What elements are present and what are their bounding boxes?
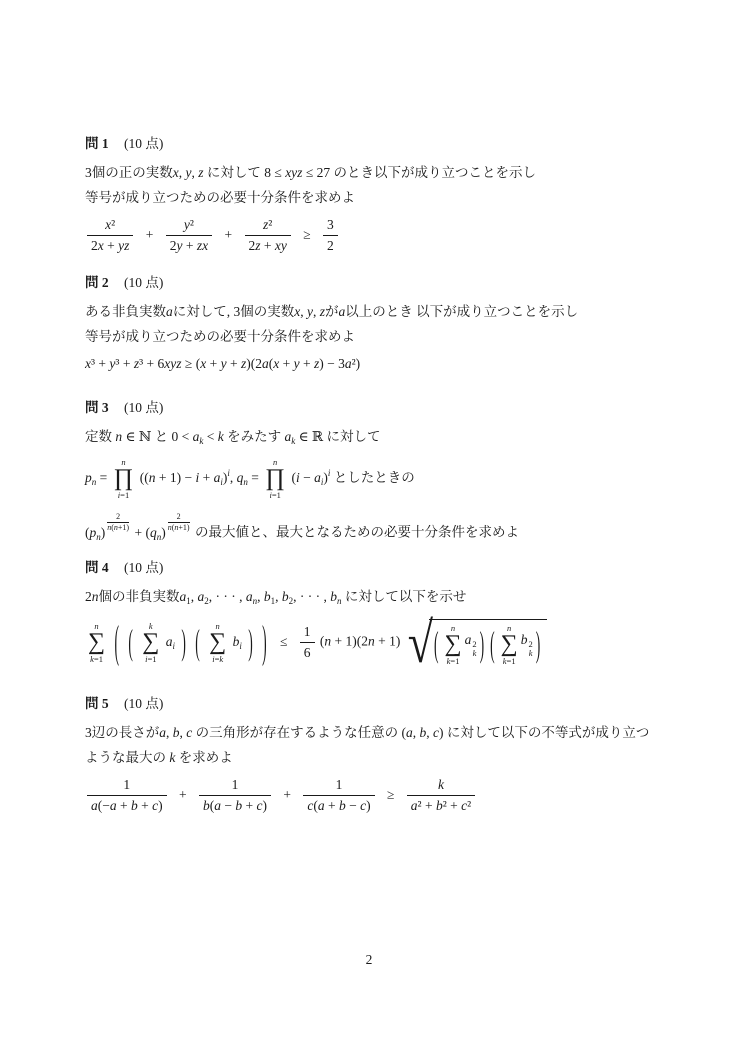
left-paren: (	[490, 623, 495, 666]
left-paren: (	[434, 623, 439, 666]
fraction: 1c(a + b − c)	[303, 777, 374, 814]
denominator: 2y + zx	[166, 236, 212, 254]
fraction: 1b(a − b + c)	[199, 777, 271, 814]
problem-4: 問 4 (10 点) 2n個の非負実数a1, a2, · · · , an, b…	[85, 558, 675, 666]
denominator: a² + b² + c²	[407, 796, 475, 814]
numerator: z²	[245, 217, 291, 236]
fraction: 1a(−a + b + c)	[87, 777, 167, 814]
greater-equal-sign: ≥	[387, 787, 394, 802]
math-run: + (qn)	[134, 525, 165, 540]
document-page: 問 1 (10 点) 3個の正の実数x, y, z に対して 8 ≤ xyz ≤…	[0, 0, 738, 1046]
sum-sign: ∑	[88, 631, 105, 654]
exponent-fraction: 2n(n+1)	[168, 512, 190, 532]
left-paren: (	[128, 621, 133, 664]
statement-line: 3辺の長さがa, b, c の三角形が存在するような任意の (a, b, c) …	[85, 720, 675, 745]
left-paren: (	[195, 621, 200, 664]
numerator: 1	[87, 777, 167, 796]
problem-number: 問 2	[85, 275, 109, 290]
product-operator: n∏i=1	[265, 457, 285, 500]
fraction: z²2z + xy	[245, 217, 291, 254]
math-run: (i − ai)i としたときの	[291, 470, 414, 485]
problem-4-heading: 問 4 (10 点)	[85, 558, 675, 578]
math-run: (n + 1)(2n + 1)	[320, 634, 400, 649]
problem-2-heading: 問 2 (10 点)	[85, 273, 675, 293]
problem-3: 問 3 (10 点) 定数 n ∈ ℕ と 0 < ak < k をみたす ak…	[85, 398, 675, 541]
sum-sign: ∑	[445, 633, 462, 656]
statement-line: 2n個の非負実数a1, a2, · · · , an, b1, b2, · · …	[85, 584, 675, 609]
math-run: (pn)	[85, 525, 105, 540]
numerator: 1	[300, 624, 315, 643]
numerator: x²	[87, 217, 133, 236]
fraction: ka² + b² + c²	[407, 777, 475, 814]
fraction: 16	[300, 624, 315, 661]
problem-5: 問 5 (10 点) 3辺の長さがa, b, c の三角形が存在するような任意の…	[85, 694, 675, 814]
numerator: 2	[168, 512, 190, 523]
problem-number: 問 5	[85, 696, 109, 711]
right-paren: )	[480, 623, 485, 666]
lower-limit: i=1	[145, 654, 156, 664]
formula-display: pn = n∏i=1 ((n + 1) − i + ai)i, qn = n∏i…	[85, 457, 675, 500]
statement-line: ような最大の k を求めよ	[85, 745, 675, 770]
greater-equal-sign: ≥	[303, 227, 310, 242]
sum-operator: n∑k=1	[445, 623, 462, 666]
sum-sign: ∑	[501, 633, 518, 656]
numerator: y²	[166, 217, 212, 236]
denominator: a(−a + b + c)	[87, 796, 167, 814]
denominator: 6	[300, 643, 315, 661]
left-paren: (	[114, 615, 119, 669]
lower-limit: k=1	[90, 654, 103, 664]
denominator: 2	[323, 236, 338, 254]
plus-sign: +	[283, 787, 291, 802]
radical-sign: √	[408, 614, 433, 672]
numerator: 1	[199, 777, 271, 796]
plus-sign: +	[179, 787, 187, 802]
math-run: ((n + 1) − i + ai)i, qn =	[140, 470, 259, 485]
product-sign: ∏	[114, 467, 134, 490]
statement-line: 3個の正の実数x, y, z に対して 8 ≤ xyz ≤ 27 のとき以下が成…	[85, 160, 675, 185]
radical: √ ( n∑k=1 a2k ) ( n∑k=1 b2k )	[408, 619, 547, 666]
fraction: x²2x + yz	[87, 217, 133, 254]
product-sign: ∏	[265, 467, 285, 490]
statement-line: 等号が成り立つための必要十分条件を求めよ	[85, 324, 675, 349]
formula-display: x²2x + yz + y²2y + zx + z²2z + xy ≥ 32	[85, 217, 675, 254]
problem-points: (10 点)	[124, 275, 163, 290]
plus-sign: +	[225, 227, 233, 242]
lower-limit: i=1	[269, 490, 280, 500]
denominator: c(a + b − c)	[303, 796, 374, 814]
denominator: b(a − b + c)	[199, 796, 271, 814]
sum-sign: ∑	[142, 631, 159, 654]
lower-limit: i=1	[118, 490, 129, 500]
statement-line: 定数 n ∈ ℕ と 0 < ak < k をみたす ak ∈ ℝ に対して	[85, 424, 675, 449]
right-paren: )	[262, 615, 267, 669]
formula-display: x³ + y³ + z³ + 6xyz ≥ (x + y + z)(2a(x +…	[85, 351, 675, 376]
math-run: bi	[233, 634, 242, 649]
fraction: y²2y + zx	[166, 217, 212, 254]
denominator: 2z + xy	[245, 236, 291, 254]
problem-number: 問 3	[85, 400, 109, 415]
less-equal-sign: ≤	[280, 634, 287, 649]
numerator: 2	[107, 512, 129, 523]
radicand: ( n∑k=1 a2k ) ( n∑k=1 b2k )	[429, 619, 547, 666]
problem-3-heading: 問 3 (10 点)	[85, 398, 675, 418]
sum-operator: k∑i=1	[142, 621, 159, 664]
denominator: n(n+1)	[107, 523, 129, 533]
numerator: 1	[303, 777, 374, 796]
exponent-fraction: 2n(n+1)	[107, 512, 129, 532]
numerator: 3	[323, 217, 338, 236]
problem-number: 問 4	[85, 560, 109, 575]
math-run: b2k	[521, 632, 533, 658]
sum-operator: n∑k=1	[501, 623, 518, 666]
problem-1: 問 1 (10 点) 3個の正の実数x, y, z に対して 8 ≤ xyz ≤…	[85, 134, 675, 254]
statement-line: ある非負実数aに対して, 3個の実数x, y, zがa以上のとき 以下が成り立つ…	[85, 299, 675, 324]
formula-display: (pn)2n(n+1) + (qn)2n(n+1) の最大値と、最大となるための…	[85, 512, 675, 541]
denominator: 2x + yz	[87, 236, 133, 254]
sum-operator: n∑k=1	[88, 621, 105, 664]
problem-number: 問 1	[85, 136, 109, 151]
plus-sign: +	[146, 227, 154, 242]
sum-sign: ∑	[209, 631, 226, 654]
lower-limit: k=1	[503, 656, 516, 666]
lower-limit: i=k	[212, 654, 223, 664]
denominator: n(n+1)	[168, 523, 190, 533]
page-number: 2	[0, 952, 738, 968]
fraction: 32	[323, 217, 338, 254]
product-operator: n∏i=1	[114, 457, 134, 500]
problem-points: (10 点)	[124, 400, 163, 415]
right-paren: )	[181, 621, 186, 664]
formula-display: n∑k=1 ( ( k∑i=1 ai ) ( n∑i=k bi ) ) ≤ 16…	[85, 619, 675, 666]
math-run: pn =	[85, 470, 107, 485]
problem-1-heading: 問 1 (10 点)	[85, 134, 675, 154]
formula-display: 1a(−a + b + c) + 1b(a − b + c) + 1c(a + …	[85, 777, 675, 814]
numerator: k	[407, 777, 475, 796]
problem-points: (10 点)	[124, 560, 163, 575]
right-paren: )	[248, 621, 253, 664]
math-run: ai	[166, 634, 175, 649]
problem-points: (10 点)	[124, 136, 163, 151]
problem-5-heading: 問 5 (10 点)	[85, 694, 675, 714]
statement-run: の最大値と、最大となるための必要十分条件を求めよ	[195, 525, 519, 540]
lower-limit: k=1	[447, 656, 460, 666]
problem-points: (10 点)	[124, 696, 163, 711]
math-run: a2k	[465, 632, 477, 658]
problem-2: 問 2 (10 点) ある非負実数aに対して, 3個の実数x, y, zがa以上…	[85, 273, 675, 376]
sum-operator: n∑i=k	[209, 621, 226, 664]
right-paren: )	[536, 623, 541, 666]
statement-line: 等号が成り立つための必要十分条件を求めよ	[85, 185, 675, 210]
